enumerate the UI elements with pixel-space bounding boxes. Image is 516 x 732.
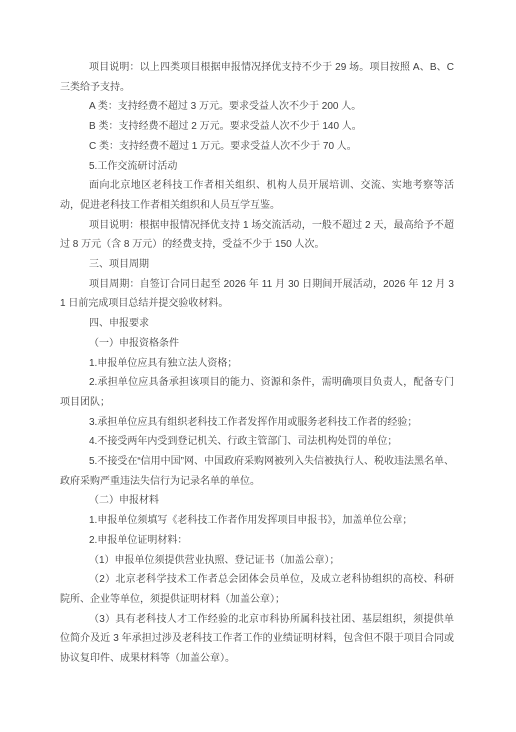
paragraph: 四、申报要求 [60, 314, 454, 334]
document-page: 项目说明：以上四类项目根据申报情况择优支持不少于 29 场。项目按照 A、B、C… [0, 0, 516, 732]
paragraph: C 类：支持经费不超过 1 万元。要求受益人次不少于 70 人。 [60, 137, 454, 157]
paragraph: 面向北京地区老科技工作者相关组织、机构人员开展培训、交流、实地考察等活动，促进老… [60, 176, 454, 215]
paragraph: 2.申报单位证明材料： [60, 531, 454, 551]
paragraph: 5.不接受在“信用中国”网、中国政府采购网被列入失信被执行人、税收违法黑名单、政… [60, 452, 454, 491]
paragraph: B 类：支持经费不超过 2 万元。要求受益人次不少于 140 人。 [60, 117, 454, 137]
paragraph: （1）申报单位须提供营业执照、登记证书（加盖公章）； [60, 551, 454, 571]
paragraph: 1.申报单位须填写《老科技工作者作用发挥项目申报书》，加盖单位公章； [60, 511, 454, 531]
paragraph: 5.工作交流研讨活动 [60, 157, 454, 177]
paragraph: 4.不接受两年内受到登记机关、行政主管部门、司法机构处罚的单位； [60, 432, 454, 452]
paragraph: 三、项目周期 [60, 255, 454, 275]
paragraph: 2.承担单位应具备承担该项目的能力、资源和条件，需明确项目负责人，配备专门项目团… [60, 373, 454, 412]
paragraph: 项目说明：以上四类项目根据申报情况择优支持不少于 29 场。项目按照 A、B、C… [60, 58, 454, 97]
document-viewport: { "document": { "background_color": "#ff… [0, 0, 516, 732]
paragraph: 1.申报单位应具有独立法人资格； [60, 354, 454, 374]
paragraph: 项目周期：自签订合同日起至 2026 年 11 月 30 日期间开展活动，202… [60, 275, 454, 314]
paragraph: （3）具有老科技人才工作经验的北京市科协所属科技社团、基层组织，须提供单位简介及… [60, 610, 454, 669]
paragraph: 项目说明：根据申报情况择优支持 1 场交流活动，一般不超过 2 天，最高给予不超… [60, 216, 454, 255]
paragraph: （一）申报资格条件 [60, 334, 454, 354]
paragraph: （二）申报材料 [60, 491, 454, 511]
paragraph: A 类：支持经费不超过 3 万元。要求受益人次不少于 200 人。 [60, 97, 454, 117]
paragraph: （2）北京老科学技术工作者总会团体会员单位，及成立老科协组织的高校、科研院所、企… [60, 570, 454, 609]
paragraph: 3.承担单位应具有组织老科技工作者发挥作用或服务老科技工作者的经验； [60, 413, 454, 433]
